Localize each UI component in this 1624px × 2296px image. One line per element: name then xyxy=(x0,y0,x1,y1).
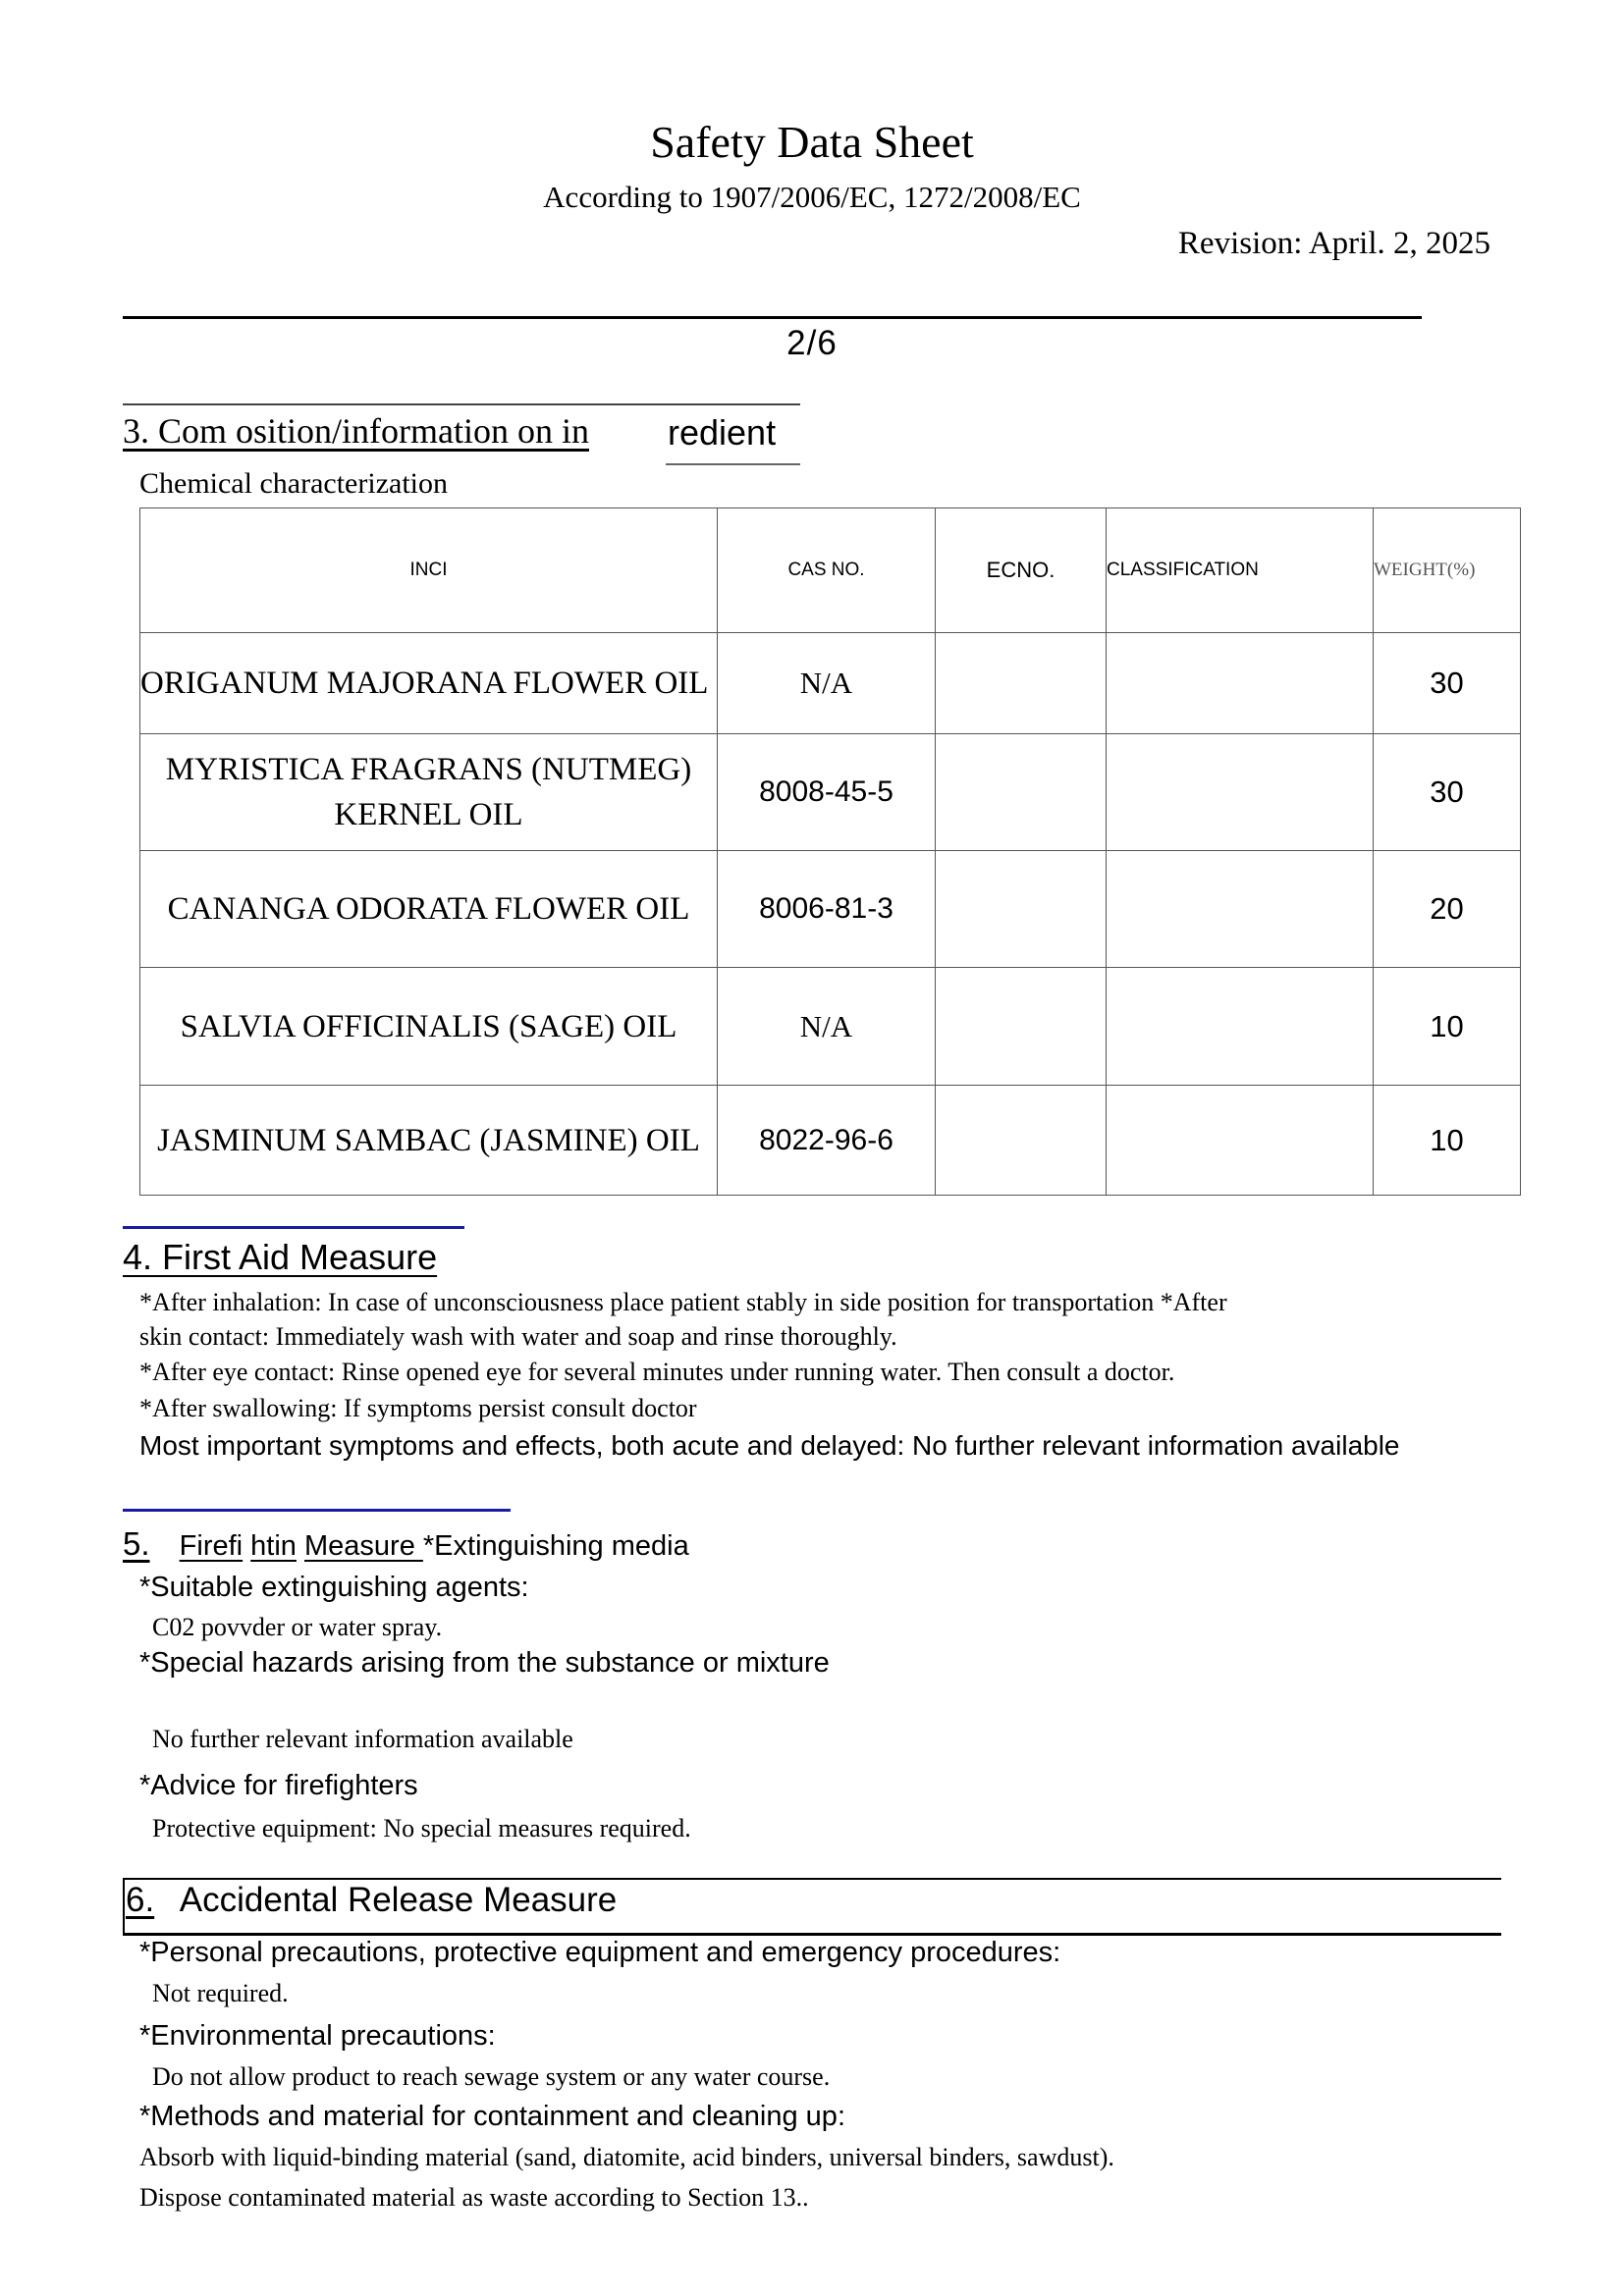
classification-cell xyxy=(1107,734,1374,851)
page-number: 2/6 xyxy=(0,324,1624,363)
section5-heading-word2: htin xyxy=(250,1530,297,1562)
first-aid-line: *After swallowing: If symptoms persist c… xyxy=(139,1394,697,1423)
inci-cell: JASMINUM SAMBAC (JASMINE) OIL xyxy=(140,1086,718,1196)
special-hazards-text: No further relevant information availabl… xyxy=(152,1725,573,1754)
section6-number: 6. xyxy=(126,1881,154,1919)
ec-cell xyxy=(936,968,1107,1086)
containment-methods-label: *Methods and material for containment an… xyxy=(139,2101,845,2133)
column-header-weight: WEIGHT(%) xyxy=(1374,508,1521,633)
suitable-agents-label: *Suitable extinguishing agents: xyxy=(139,1572,529,1604)
cas-cell: N/A xyxy=(718,968,936,1086)
ec-cell xyxy=(936,851,1107,968)
cas-cell: 8008-45-5 xyxy=(718,734,936,851)
column-header-classification: CLASSIFICATION xyxy=(1107,508,1374,633)
special-hazards-label: *Special hazards arising from the substa… xyxy=(139,1647,830,1680)
cas-cell: 8006-81-3 xyxy=(718,851,936,968)
weight-cell: 10 xyxy=(1374,1086,1521,1196)
weight-cell: 10 xyxy=(1374,968,1521,1086)
section6-heading-text: Accidental Release Measure xyxy=(180,1881,618,1919)
inci-cell: ORIGANUM MAJORANA FLOWER OIL xyxy=(140,633,718,734)
section3-heading-part1: 3. Com osition/information on in xyxy=(123,411,589,451)
classification-cell xyxy=(1107,1086,1374,1196)
weight-cell: 20 xyxy=(1374,851,1521,968)
chemical-characterization-label: Chemical characterization xyxy=(139,467,448,501)
revision-date: Revision: April. 2, 2025 xyxy=(1178,226,1490,262)
first-aid-line: skin contact: Immediately wash with wate… xyxy=(139,1322,897,1352)
table-header-row: INCI CAS NO. ECNO. CLASSIFICATION WEIGHT… xyxy=(140,508,1521,633)
table-row: ORIGANUM MAJORANA FLOWER OIL N/A 30 xyxy=(140,633,1521,734)
classification-cell xyxy=(1107,633,1374,734)
section3-heading-underline xyxy=(666,463,800,465)
column-header-cas: CAS NO. xyxy=(718,508,936,633)
section3-heading: 3. Com osition/information on in xyxy=(123,410,589,452)
first-aid-line: *After eye contact: Rinse opened eye for… xyxy=(139,1358,1174,1387)
composition-table: INCI CAS NO. ECNO. CLASSIFICATION WEIGHT… xyxy=(139,507,1521,1196)
section3-top-rule xyxy=(123,403,800,405)
document-title: Safety Data Sheet xyxy=(0,116,1624,168)
cas-cell: 8022-96-6 xyxy=(718,1086,936,1196)
table-row: MYRISTICA FRAGRANS (NUTMEG) KERNEL OIL 8… xyxy=(140,734,1521,851)
advice-firefighters-text: Protective equipment: No special measure… xyxy=(152,1814,691,1843)
section4-rule xyxy=(123,1226,464,1229)
table-row: SALVIA OFFICINALIS (SAGE) OIL N/A 10 xyxy=(140,968,1521,1086)
classification-cell xyxy=(1107,851,1374,968)
column-header-ec: ECNO. xyxy=(936,508,1107,633)
environmental-precautions-text: Do not allow product to reach sewage sys… xyxy=(152,2062,830,2092)
first-aid-line: *After inhalation: In case of unconsciou… xyxy=(139,1288,1227,1317)
section5-heading: 5. Firefi htin Measure *Extinguishing me… xyxy=(123,1525,689,1563)
symptoms-line: Most important symptoms and effects, bot… xyxy=(139,1430,1400,1462)
environmental-precautions-label: *Environmental precautions: xyxy=(139,2020,496,2053)
personal-precautions-text: Not required. xyxy=(152,1979,289,2008)
weight-cell: 30 xyxy=(1374,734,1521,851)
table-row: JASMINUM SAMBAC (JASMINE) OIL 8022-96-6 … xyxy=(140,1086,1521,1196)
ec-cell xyxy=(936,633,1107,734)
section5-number: 5. xyxy=(123,1525,150,1562)
section3-heading-part2: redient xyxy=(668,412,776,454)
ec-cell xyxy=(936,1086,1107,1196)
section5-heading-word3: Measure xyxy=(304,1530,423,1562)
disposal-text: Dispose contaminated material as waste a… xyxy=(139,2183,809,2213)
personal-precautions-label: *Personal precautions, protective equipm… xyxy=(139,1937,1060,1969)
classification-cell xyxy=(1107,968,1374,1086)
table-row: CANANGA ODORATA FLOWER OIL 8006-81-3 20 xyxy=(140,851,1521,968)
suitable-agents-text: C02 povvder or water spray. xyxy=(152,1613,442,1642)
column-header-inci: INCI xyxy=(140,508,718,633)
regulation-subtitle: According to 1907/2006/EC, 1272/2008/EC xyxy=(0,180,1624,215)
section4-heading: 4. First Aid Measure xyxy=(123,1237,437,1278)
section5-rule xyxy=(123,1509,511,1512)
section4-heading-text: 4. First Aid Measure xyxy=(123,1237,437,1277)
advice-firefighters-label: *Advice for firefighters xyxy=(139,1770,418,1802)
inci-cell: CANANGA ODORATA FLOWER OIL xyxy=(140,851,718,968)
header-divider xyxy=(123,316,1422,319)
weight-cell: 30 xyxy=(1374,633,1521,734)
section5-heading-rest: *Extinguishing media xyxy=(423,1530,689,1562)
ec-cell xyxy=(936,734,1107,851)
section6-heading: 6. Accidental Release Measure xyxy=(126,1881,617,1920)
cas-cell: N/A xyxy=(718,633,936,734)
inci-cell: MYRISTICA FRAGRANS (NUTMEG) KERNEL OIL xyxy=(140,734,718,851)
inci-cell: SALVIA OFFICINALIS (SAGE) OIL xyxy=(140,968,718,1086)
containment-methods-text: Absorb with liquid-binding material (san… xyxy=(139,2143,1114,2172)
section5-heading-word1: Firefi xyxy=(180,1530,243,1562)
